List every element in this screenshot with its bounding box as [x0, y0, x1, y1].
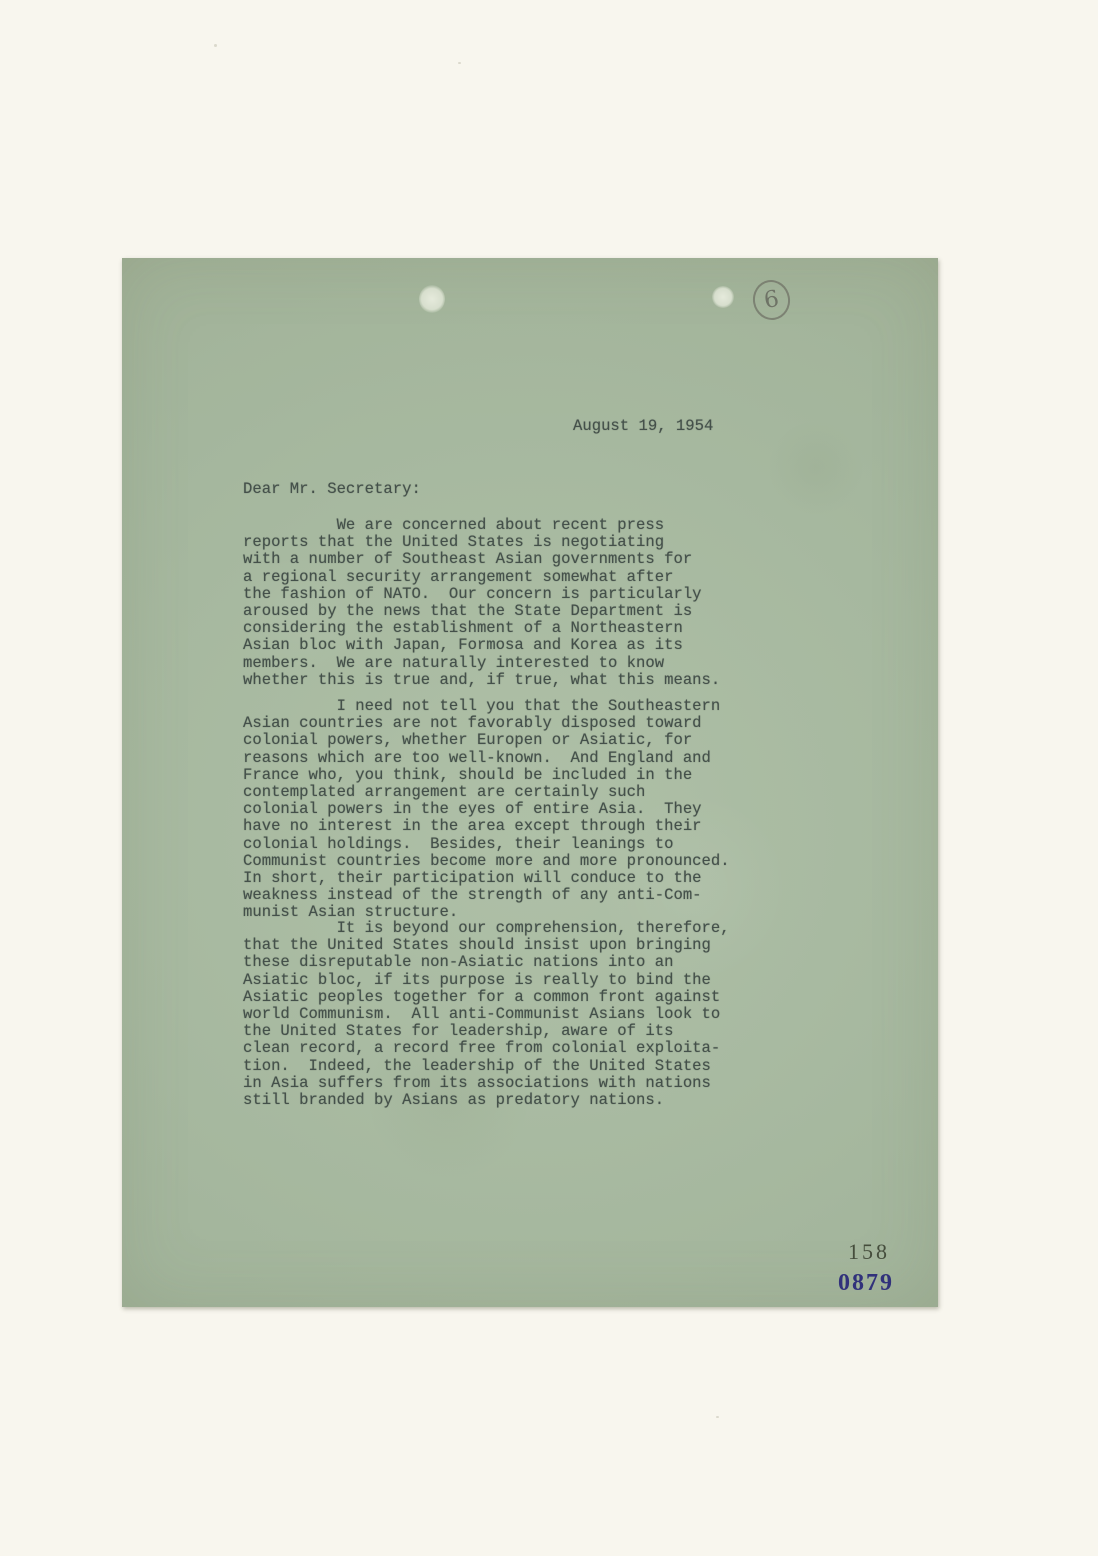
- scanned-letter-page: { "letter": { "date": "August 19, 1954",…: [0, 0, 1098, 1556]
- background-speck: [214, 44, 217, 47]
- stamp-number-top: 158: [848, 1239, 890, 1265]
- background-speck: [716, 1416, 719, 1418]
- letter-paragraph-3: It is beyond our comprehension, therefor…: [243, 920, 730, 1109]
- background-speck: [458, 62, 461, 64]
- paper-blemish: [712, 286, 734, 308]
- stamp-number-bottom: 0879: [838, 1270, 894, 1297]
- letter-paragraph-1: We are concerned about recent press repo…: [243, 517, 720, 689]
- letter-date: August 19, 1954: [573, 418, 713, 435]
- letter-paper: 6 August 19, 1954 Dear Mr. Secretary: We…: [122, 258, 938, 1307]
- letter-salutation: Dear Mr. Secretary:: [243, 481, 421, 498]
- circled-number-value: 6: [762, 286, 781, 314]
- circled-number-annotation: 6: [750, 277, 793, 323]
- letter-paragraph-2: I need not tell you that the Southeaster…: [243, 698, 730, 922]
- paper-blemish: [419, 285, 445, 313]
